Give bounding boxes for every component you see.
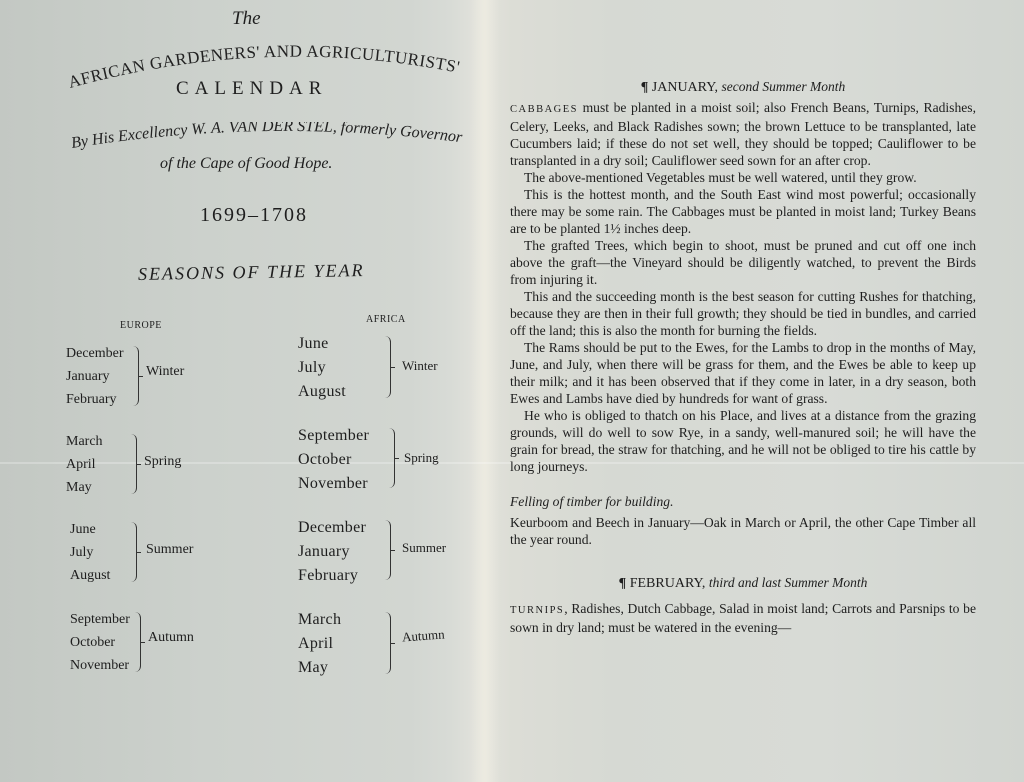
africa-winter-group: June July August Winter [298,332,346,404]
brace-icon [128,434,137,494]
month: April [66,453,103,476]
seasons-title: SEASONS OF THE YEAR [138,260,365,285]
month: November [70,654,130,677]
europe-winter-group: December January February Winter [66,342,124,411]
season-label: Summer [402,540,446,556]
month: February [298,564,366,588]
paragraph: The grafted Trees, which begin to shoot,… [510,237,976,288]
brace-icon [132,612,141,672]
paragraph: The Rams should be put to the Ewes, for … [510,339,976,407]
month: August [70,564,110,587]
paragraph-text: , Radishes, Dutch Cabbage, Salad in mois… [510,601,976,635]
brace-icon [386,428,395,488]
africa-heading: AFRICA [366,314,406,325]
february-heading: ¶ FEBRUARY, third and last Summer Month [510,574,976,592]
byline-line1: By His Excellency W. A. VAN DER STEL, fo… [70,122,464,152]
month: August [298,380,346,404]
season-label: Autumn [401,627,445,646]
right-page-text: ¶ JANUARY, second Summer Month CABBAGES … [510,78,976,636]
brace-icon [128,522,137,582]
brace-icon [382,336,391,398]
pilcrow-icon: ¶ [619,576,627,591]
month: June [298,332,346,356]
europe-autumn-group: September October November Autumn [70,608,130,677]
month: February [66,388,124,411]
season-label: Spring [404,450,439,466]
africa-autumn-group: March April May Autumn [298,608,341,680]
january-heading: ¶ JANUARY, second Summer Month [510,78,976,96]
month: March [66,430,103,453]
month: July [70,541,110,564]
month: January [66,365,124,388]
byline-line2: of the Cape of Good Hope. [160,155,332,173]
europe-heading: EUROPE [120,320,162,331]
paragraph-text: must be planted in a moist soil; also Fr… [510,100,976,168]
paragraph: The above-mentioned Vegetables must be w… [510,169,976,186]
lead-word: TURNIPS [510,605,564,616]
february-month: FEBRUARY, [630,576,706,591]
paragraph: TURNIPS, Radishes, Dutch Cabbage, Salad … [510,600,976,636]
paragraph: This is the hottest month, and the South… [510,186,976,237]
left-page: The AFRICAN GARDENERS' AND AGRICULTURIST… [0,0,480,782]
paragraph: CABBAGES must be planted in a moist soil… [510,99,976,169]
europe-summer-group: June July August Summer [70,518,110,587]
pilcrow-icon: ¶ [641,80,649,95]
month: May [66,476,103,499]
month: December [66,342,124,365]
calendar-heading: CALENDAR [176,78,327,100]
month: March [298,608,341,632]
month: November [298,472,369,496]
africa-summer-group: December January February Summer [298,516,366,588]
month: October [298,448,369,472]
season-label: Summer [146,542,193,558]
brace-icon [130,346,139,406]
february-subtitle: third and last Summer Month [709,575,868,590]
lead-word: CABBAGES [510,104,578,115]
month: May [298,656,341,680]
right-page: ¶ JANUARY, second Summer Month CABBAGES … [480,0,1024,782]
title-the: The [232,8,261,30]
europe-spring-group: March April May Spring [66,430,103,499]
january-subtitle: second Summer Month [722,79,846,94]
brace-icon [382,520,391,580]
paragraph: This and the succeeding month is the bes… [510,288,976,339]
month: September [70,608,130,631]
paragraph: He who is obliged to thatch on his Place… [510,407,976,475]
brace-icon [382,612,391,674]
years: 1699–1708 [200,204,308,227]
season-label: Spring [144,454,181,470]
month: January [298,540,366,564]
season-label: Winter [402,358,438,374]
month: October [70,631,130,654]
book-spread: The AFRICAN GARDENERS' AND AGRICULTURIST… [0,0,1024,782]
africa-spring-group: September October November Spring [298,424,369,496]
timber-label: Felling of timber for building. [510,493,976,510]
svg-text:By His Excellency W. A. VAN DE: By His Excellency W. A. VAN DER STEL, fo… [70,122,464,152]
month: December [298,516,366,540]
month: September [298,424,369,448]
season-label: Autumn [148,630,194,646]
month: July [298,356,346,380]
month: April [298,632,341,656]
month: June [70,518,110,541]
season-label: Winter [146,364,184,380]
timber-text: Keurboom and Beech in January—Oak in Mar… [510,514,976,548]
january-month: JANUARY, [652,80,718,95]
